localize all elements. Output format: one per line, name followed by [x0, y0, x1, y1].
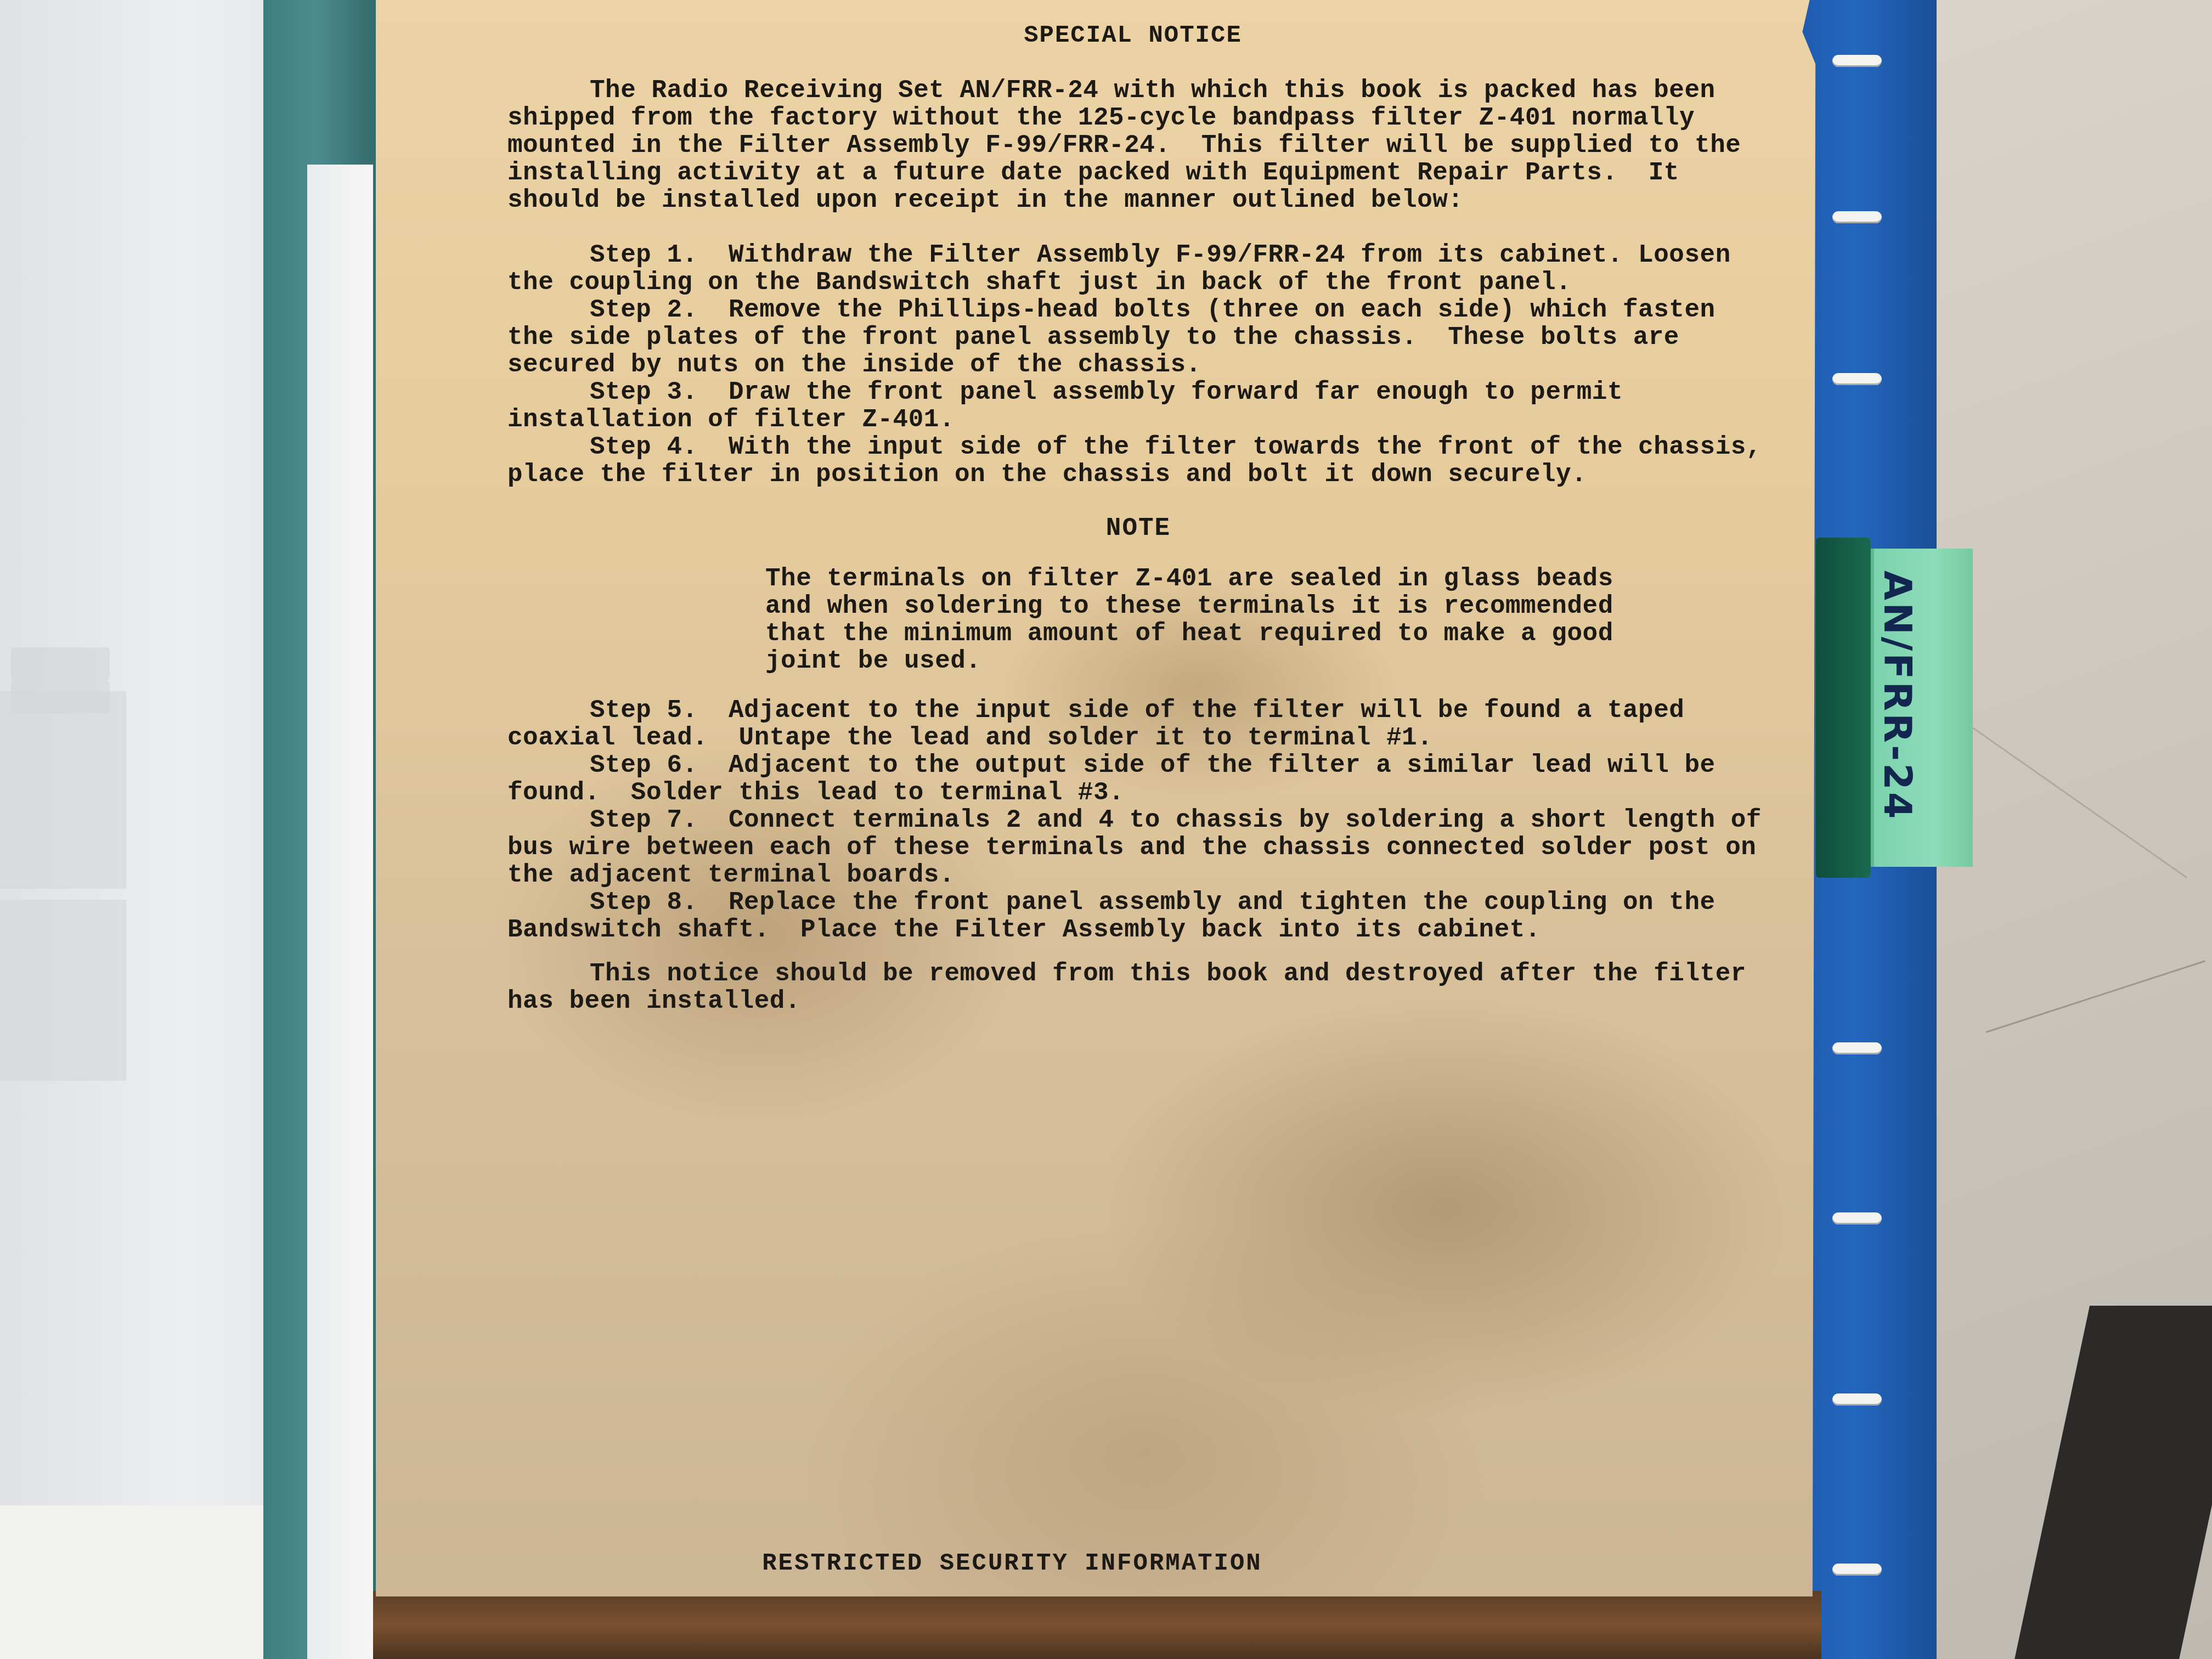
- special-notice-page: SPECIAL NOTICE The Radio Receiving Set A…: [376, 0, 1824, 1596]
- document-title: SPECIAL NOTICE: [496, 22, 1769, 49]
- binder-ring-hole: [1832, 373, 1882, 385]
- faded-image-block: [0, 900, 126, 1081]
- binder-ring-hole: [1832, 1393, 1882, 1406]
- tab-label: AN/FRR-24: [1871, 571, 1920, 856]
- faded-image-block: [0, 691, 126, 889]
- intro-paragraph: The Radio Receiving Set AN/FRR-24 with w…: [507, 77, 1769, 214]
- step-2: Step 2. Remove the Phillips-head bolts (…: [507, 296, 1769, 379]
- note-heading: NOTE: [507, 515, 1769, 542]
- surface-crack: [1953, 713, 2187, 878]
- step-4: Step 4. With the input side of the filte…: [507, 433, 1769, 488]
- binder-ring-hole: [1832, 1564, 1882, 1576]
- document-body: SPECIAL NOTICE The Radio Receiving Set A…: [507, 22, 1769, 1015]
- step-1: Step 1. Withdraw the Filter Assembly F-9…: [507, 241, 1769, 296]
- background-paper-left: [0, 0, 307, 1659]
- note-body: The terminals on filter Z-401 are sealed…: [765, 565, 1616, 675]
- step-7: Step 7. Connect terminals 2 and 4 to cha…: [507, 806, 1769, 889]
- security-footer: RESTRICTED SECURITY INFORMATION: [288, 1550, 1736, 1577]
- paper-edge: [0, 1505, 307, 1659]
- binder-ring-hole: [1832, 1212, 1882, 1224]
- binder-ring-hole: [1832, 1042, 1882, 1054]
- step-5: Step 5. Adjacent to the input side of th…: [507, 697, 1769, 752]
- binder-bottom-edge: [373, 1591, 1821, 1659]
- closing-paragraph: This notice should be removed from this …: [507, 960, 1769, 1015]
- binder-cover-inner: [307, 165, 373, 1659]
- binder-ring-hole: [1832, 211, 1882, 223]
- step-3: Step 3. Draw the front panel assembly fo…: [507, 379, 1769, 433]
- faded-text: [11, 647, 110, 680]
- step-6: Step 6. Adjacent to the output side of t…: [507, 752, 1769, 806]
- step-8: Step 8. Replace the front panel assembly…: [507, 889, 1769, 944]
- binder-index-tab[interactable]: AN/FRR-24: [1816, 527, 1970, 900]
- surface-crack: [1986, 960, 2205, 1033]
- tab-sleeve: [1816, 538, 1871, 878]
- binder-ring-hole: [1832, 55, 1882, 67]
